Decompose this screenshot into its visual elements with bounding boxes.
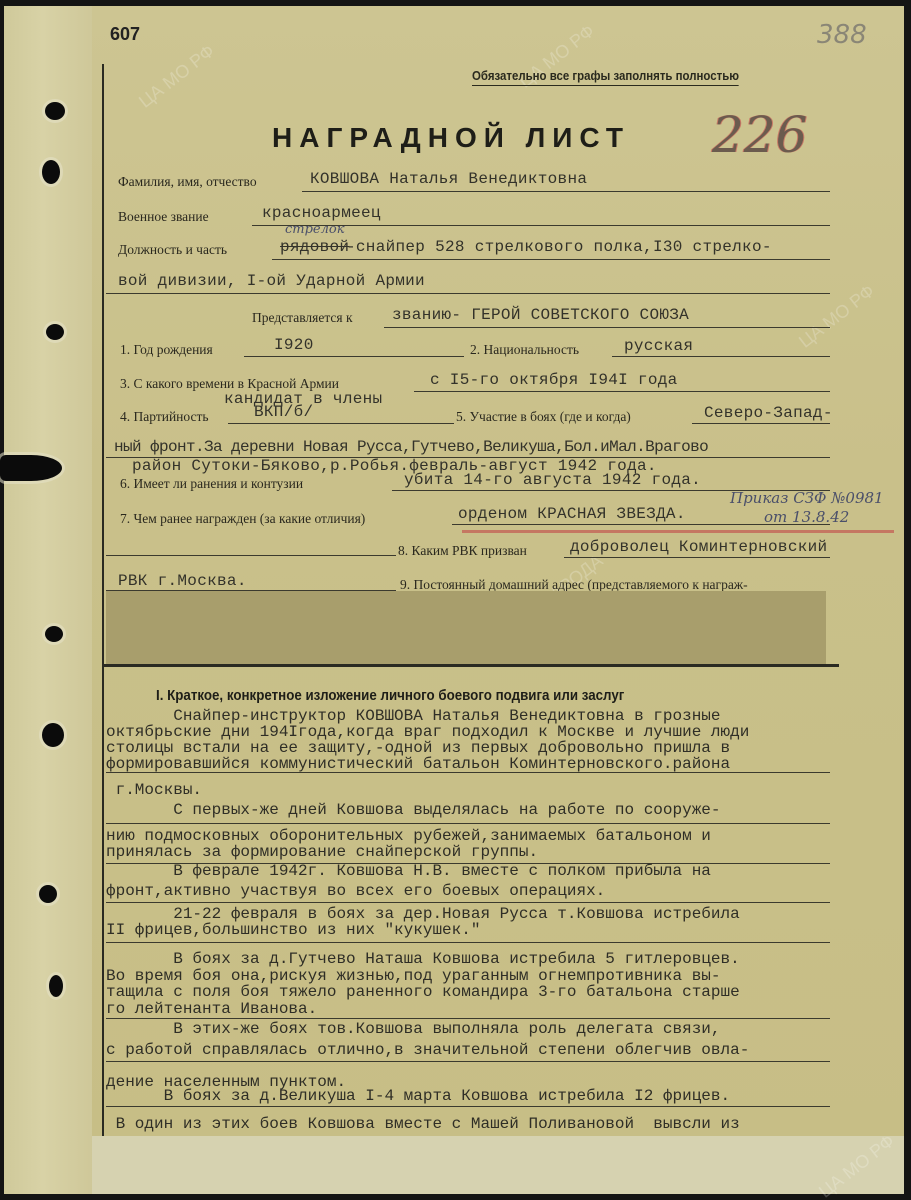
narrative-line: столицы встали на ее защиту,-одной из пе…: [106, 740, 730, 756]
underline: [244, 356, 464, 357]
archive-number: 607: [110, 24, 140, 45]
narrative-line: В феврале 1942г. Ковшова Н.В. вместе с п…: [106, 863, 711, 879]
punch-hole: [45, 102, 65, 120]
underline: [106, 1061, 830, 1062]
battles-value-line1: Северо-Запад-: [704, 404, 833, 422]
narrative-line: Снайпер-инструктор КОВШОВА Наталья Венед…: [106, 708, 721, 724]
underline: [692, 423, 830, 424]
rank-label: Военное звание: [118, 209, 209, 225]
red-pencil-underline: [462, 530, 894, 533]
underline: [272, 259, 830, 260]
underline: [106, 1018, 830, 1019]
battles-value-line2: ный фронт.За деревни Новая Русса,Гутчево…: [114, 438, 708, 456]
birth-year-value: I920: [274, 336, 314, 354]
underline: [106, 293, 830, 294]
narrative-line: тащила с поля боя тяжело раненного коман…: [106, 984, 740, 1000]
punch-hole: [46, 324, 64, 340]
wounds-value: убита 14-го августа 1942 года.: [404, 471, 701, 489]
punch-hole: [45, 626, 63, 642]
watermark: ЦА МО РФ: [795, 281, 879, 353]
previous-awards-label: 7. Чем ранее награжден (за какие отличия…: [120, 511, 365, 527]
punch-hole: [42, 160, 60, 184]
position-value-line1: -снайпер 528 стрелкового полка,I30 стрел…: [346, 238, 772, 256]
narrative-line: фронт,активно участвуя во всех его боевы…: [106, 883, 605, 899]
fill-instruction: Обязательно все графы заполнять полность…: [472, 68, 739, 86]
rank-value: красноармеец: [262, 204, 381, 222]
party-value: ВКП/б/: [254, 403, 313, 421]
punch-hole: [42, 723, 64, 747]
narrative-line: го лейтенанта Иванова.: [106, 1001, 317, 1017]
handwritten-order-note: Приказ СЗФ №0981: [730, 489, 884, 507]
punch-hole: [0, 455, 62, 481]
conscription-label: 8. Каким РВК призван: [398, 543, 527, 559]
narrative-line: принялась за формирование снайперской гр…: [106, 844, 538, 860]
narrative-line: II фрицев,большинство из них "кукушек.": [106, 922, 480, 938]
award-sheet: ЦА МО РФ ЦА МО РФ ПАМЯТЬ НАРОДА ЦА МО РФ…: [92, 6, 904, 1194]
handwritten-order-date: от 13.8.42: [764, 508, 849, 526]
underline: [564, 557, 830, 558]
watermark: ЦА МО РФ: [135, 41, 219, 113]
frame-border: [102, 64, 104, 1136]
registry-number: 226: [712, 106, 807, 164]
conscription-value-line1: доброволец Коминтерновский: [570, 538, 827, 556]
underline: [106, 1106, 830, 1107]
narrative-line: г.Москвы.: [106, 782, 202, 798]
underline: [106, 823, 830, 824]
underline: [384, 327, 830, 328]
underline: [228, 423, 454, 424]
nominated-for-label: Представляется к: [252, 310, 353, 326]
narrative-line: С первых-же дней Ковшова выделялась на р…: [106, 802, 721, 818]
pencil-page-number: 388: [817, 20, 867, 50]
narrative-line: В этих-же боях тов.Ковшова выполняла рол…: [106, 1021, 721, 1037]
narrative-line: октябрьские дни 194Iгода,когда враг подх…: [106, 724, 749, 740]
narrative-line: В боях за д.Великуша I-4 марта Ковшова и…: [106, 1088, 730, 1104]
underline: [302, 191, 830, 192]
wounds-label: 6. Имеет ли ранения и контузии: [120, 476, 303, 492]
party-label: 4. Партийность: [120, 409, 209, 425]
punch-hole: [39, 885, 57, 903]
nominated-for-value: званию- ГЕРОЙ СОВЕТСКОГО СОЮЗА: [392, 306, 689, 324]
previous-awards-value: орденом КРАСНАЯ ЗВЕЗДА.: [458, 505, 686, 523]
full-name-value: КОВШОВА Наталья Венедиктовна: [310, 170, 587, 188]
battles-label: 5. Участие в боях (где и когда): [456, 409, 631, 425]
handwritten-correction: стрелок: [285, 222, 345, 237]
narrative-line: формировавшийся коммунистический батальо…: [106, 756, 730, 772]
narrative-line: нию подмосковных оборонительных рубежей,…: [106, 828, 711, 844]
narrative-line: с работой справлялась отлично,в значител…: [106, 1042, 749, 1058]
narrative-line: Во время боя она,рискуя жизнью,под урага…: [106, 968, 721, 984]
narrative-line: В боях за д.Гутчево Наташа Ковшова истре…: [106, 951, 740, 967]
document-title: НАГРАДНОЙ ЛИСТ: [272, 122, 630, 154]
underline: [106, 942, 830, 943]
narrative-line: 21-22 февраля в боях за дер.Новая Русса …: [106, 906, 740, 922]
nationality-value: русская: [624, 337, 693, 355]
filing-margin: [4, 6, 100, 1194]
conscription-value-line2: РВК г.Москва.: [118, 572, 247, 590]
sheet-bottom-strip: [92, 1136, 904, 1194]
army-since-value: с I5-го октября I94I года: [430, 371, 678, 389]
position-struck-value: рядовой: [280, 238, 349, 256]
narrative-line: В один из этих боев Ковшова вместе с Маш…: [106, 1116, 740, 1132]
underline: [612, 356, 830, 357]
punch-hole: [49, 975, 63, 997]
position-value-line2: вой дивизии, I-ой Ударной Армии: [118, 272, 425, 290]
underline: [106, 555, 396, 556]
nationality-label: 2. Национальность: [470, 342, 579, 358]
section-divider: [104, 664, 839, 667]
position-label: Должность и часть: [118, 242, 227, 258]
underline: [414, 391, 830, 392]
full-name-label: Фамилия, имя, отчество: [118, 174, 257, 190]
underline: [106, 772, 830, 773]
redacted-address-block: [106, 591, 826, 665]
narrative-title: I. Краткое, конкретное изложение личного…: [156, 688, 624, 704]
underline: [106, 902, 830, 903]
birth-year-label: 1. Год рождения: [120, 342, 213, 358]
